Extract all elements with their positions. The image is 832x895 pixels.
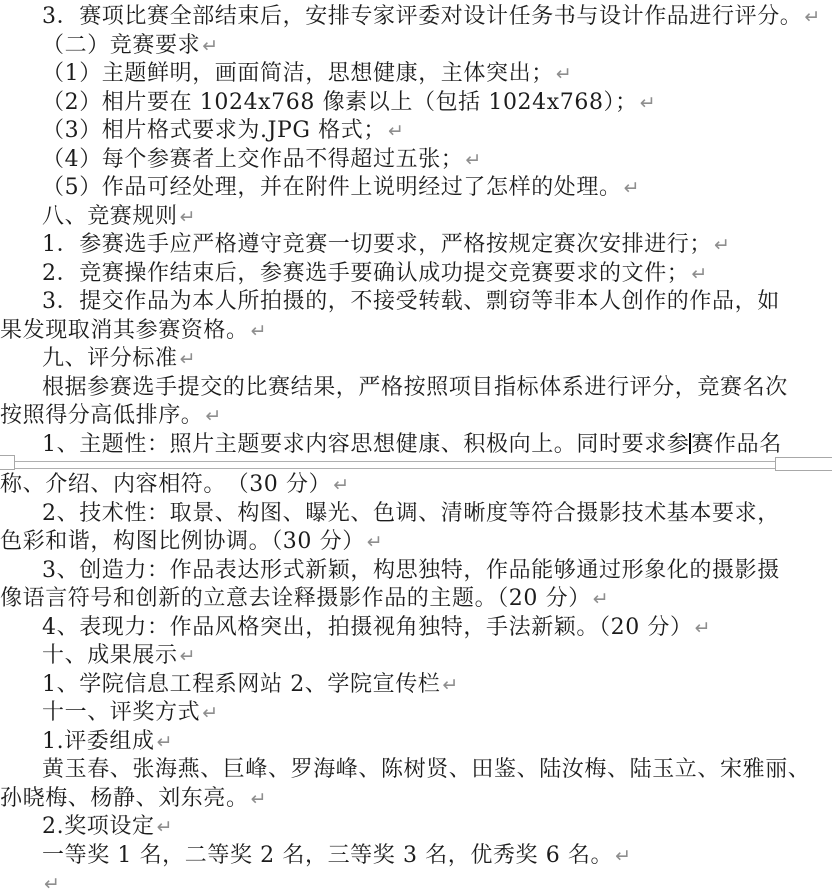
line-text: 八、竞赛规则 [42, 204, 178, 229]
line-text: 孙晓梅、杨静、刘东亮。 [0, 786, 249, 811]
paragraph-mark: ↵ [203, 405, 222, 427]
text-line: 1、主题性：照片主题要求内容思想健康、积极向上。同时要求参赛作品名 [0, 431, 832, 460]
line-text: 1、主题性：照片主题要求内容思想健康、积极向上。同时要求参 [42, 432, 689, 457]
text-line: 孙晓梅、杨静、刘东亮。↵ [0, 785, 832, 814]
paragraph-mark [780, 291, 782, 313]
paragraph-mark: ↵ [802, 6, 821, 28]
text-line: （2）相片要在 1024x768 像素以上（包括 1024x768）；↵ [0, 89, 832, 118]
line-text: （4）每个参赛者上交作品不得超过五张； [42, 147, 463, 172]
paragraph-mark [810, 759, 812, 781]
text-line: 2.奖项设定↵ [0, 813, 832, 842]
line-text: 2、技术性：取景、构图、曝光、色调、清晰度等符合摄影技术基本要求， [42, 501, 780, 526]
paragraph-mark: ↵ [331, 474, 350, 496]
text-line: 1.评委组成↵ [0, 728, 832, 757]
text-line: 按照得分高低排序。↵ [0, 402, 832, 431]
paragraph-mark: ↵ [155, 731, 174, 753]
line-text: 2.奖项设定 [42, 814, 155, 839]
line-text: 1．参赛选手应严格遵守竞赛一切要求，严格按规定赛次安排进行； [42, 232, 712, 257]
line-text: 果发现取消其参赛资格。 [0, 318, 249, 343]
paragraph-mark: ↵ [386, 120, 405, 142]
line-text: 黄玉春、张海燕、巨峰、罗海峰、陈树贤、田鉴、陆汝梅、陆玉立、宋雅丽、 [42, 757, 810, 782]
paragraph-mark [782, 434, 784, 456]
line-text: （3）相片格式要求为.JPG 格式； [42, 118, 386, 143]
line-text: 称、介绍、内容相符。 （30 分） [0, 472, 331, 497]
paragraph-mark: ↵ [178, 645, 197, 667]
paragraph-mark: ↵ [440, 674, 459, 696]
paragraph-mark: ↵ [554, 63, 573, 85]
line-text: 九、评分标准 [42, 346, 178, 371]
line-text: （1）主题鲜明，画面简洁，思想健康，主体突出； [42, 61, 554, 86]
text-line: （1）主题鲜明，画面简洁，思想健康，主体突出；↵ [0, 60, 832, 89]
text-line: 2、技术性：取景、构图、曝光、色调、清晰度等符合摄影技术基本要求， [0, 500, 832, 529]
paragraph-mark: ↵ [249, 788, 268, 810]
text-line: 3．赛项比赛全部结束后，安排专家评委对设计任务书与设计作品进行评分。↵ [0, 3, 832, 32]
paragraph-mark [788, 377, 790, 399]
line-text: 十一、评奖方式 [42, 700, 200, 725]
line-text: 像语言符号和创新的立意去诠释摄影作品的主题。（20 分） [0, 586, 591, 611]
text-line: 八、竞赛规则↵ [0, 203, 832, 232]
paragraph-mark: ↵ [638, 92, 657, 114]
paragraph-mark: ↵ [693, 617, 712, 639]
page-break-line-top [0, 461, 832, 462]
paragraph-mark: ↵ [178, 206, 197, 228]
line-text: 十、成果展示 [42, 643, 178, 668]
text-line: 3．提交作品为本人所拍摄的，不接受转载、剽窃等非本人创作的作品，如 [0, 288, 832, 317]
text-line: 3、创造力：作品表达形式新颖，构思独特，作品能够通过形象化的摄影摄 [0, 557, 832, 586]
text-line: ↵ [0, 870, 832, 895]
page-break-line-bottom [0, 468, 832, 469]
line-text: 1.评委组成 [42, 729, 155, 754]
paragraph-mark: ↵ [178, 348, 197, 370]
text-line: （4）每个参赛者上交作品不得超过五张；↵ [0, 146, 832, 175]
text-line: 像语言符号和创新的立意去诠释摄影作品的主题。（20 分）↵ [0, 585, 832, 614]
text-line: 十一、评奖方式↵ [0, 699, 832, 728]
text-line: 九、评分标准↵ [0, 345, 832, 374]
line-text: 2．竞赛操作结束后，参赛选手要确认成功提交竞赛要求的文件； [42, 261, 689, 286]
paragraph-mark: ↵ [613, 845, 632, 867]
page-break-divider[interactable] [0, 461, 832, 469]
paragraph-mark: ↵ [463, 149, 482, 171]
document-page[interactable]: 3．赛项比赛全部结束后，安排专家评委对设计任务书与设计作品进行评分。↵ （二）竞… [0, 0, 832, 895]
line-text: 3．提交作品为本人所拍摄的，不接受转载、剽窃等非本人创作的作品，如 [42, 289, 780, 314]
text-line: 4、表现力：作品风格突出，拍摄视角独特，手法新颖。（20 分）↵ [0, 614, 832, 643]
paragraph-mark: ↵ [712, 234, 731, 256]
margin-boundary-mark-left [0, 455, 15, 470]
line-text: 4、表现力：作品风格突出，拍摄视角独特，手法新颖。（20 分） [42, 615, 693, 640]
text-line: （二）竞赛要求↵ [0, 32, 832, 61]
text-line: 1．参赛选手应严格遵守竞赛一切要求，严格按规定赛次安排进行；↵ [0, 231, 832, 260]
line-text: 3、创造力：作品表达形式新颖，构思独特，作品能够通过形象化的摄影摄 [42, 558, 780, 583]
text-line: （3）相片格式要求为.JPG 格式；↵ [0, 117, 832, 146]
paragraph-mark [780, 503, 782, 525]
text-line: 黄玉春、张海燕、巨峰、罗海峰、陈树贤、田鉴、陆汝梅、陆玉立、宋雅丽、 [0, 756, 832, 785]
paragraph-mark: ↵ [42, 873, 61, 895]
paragraph-mark: ↵ [249, 320, 268, 342]
line-text: 按照得分高低排序。 [0, 403, 203, 428]
paragraph-mark: ↵ [591, 588, 610, 610]
line-text: （二）竞赛要求 [42, 33, 200, 58]
margin-boundary-mark-right [775, 457, 832, 471]
paragraph-mark: ↵ [365, 531, 384, 553]
text-line: （5）作品可经处理，并在附件上说明经过了怎样的处理。↵ [0, 174, 832, 203]
text-line: 色彩和谐，构图比例协调。（30 分）↵ [0, 528, 832, 557]
paragraph-mark: ↵ [689, 263, 708, 285]
paragraph-mark: ↵ [622, 177, 641, 199]
text-line: 根据参赛选手提交的比赛结果，严格按照项目指标体系进行评分，竞赛名次 [0, 374, 832, 403]
text-line: 称、介绍、内容相符。 （30 分）↵ [0, 471, 832, 500]
text-line: 果发现取消其参赛资格。↵ [0, 317, 832, 346]
text-line: 1、学院信息工程系网站 2、学院宣传栏↵ [0, 671, 832, 700]
line-text: 根据参赛选手提交的比赛结果，严格按照项目指标体系进行评分，竞赛名次 [42, 375, 788, 400]
paragraph-mark [780, 560, 782, 582]
line-text: 一等奖 1 名，二等奖 2 名，三等奖 3 名，优秀奖 6 名。 [42, 843, 613, 868]
line-text: （5）作品可经处理，并在附件上说明经过了怎样的处理。 [42, 175, 622, 200]
text-line: 一等奖 1 名，二等奖 2 名，三等奖 3 名，优秀奖 6 名。↵ [0, 842, 832, 871]
paragraph-mark: ↵ [200, 35, 219, 57]
line-text: 1、学院信息工程系网站 2、学院宣传栏 [42, 672, 440, 697]
text-line: 2．竞赛操作结束后，参赛选手要确认成功提交竞赛要求的文件；↵ [0, 260, 832, 289]
line-text: （2）相片要在 1024x768 像素以上（包括 1024x768）； [42, 90, 638, 115]
line-text: 色彩和谐，构图比例协调。（30 分） [0, 529, 365, 554]
line-text: 赛作品名 [691, 432, 781, 457]
paragraph-mark: ↵ [200, 702, 219, 724]
line-text: 3．赛项比赛全部结束后，安排专家评委对设计任务书与设计作品进行评分。 [42, 4, 802, 29]
text-line: 十、成果展示↵ [0, 642, 832, 671]
paragraph-mark: ↵ [155, 816, 174, 838]
